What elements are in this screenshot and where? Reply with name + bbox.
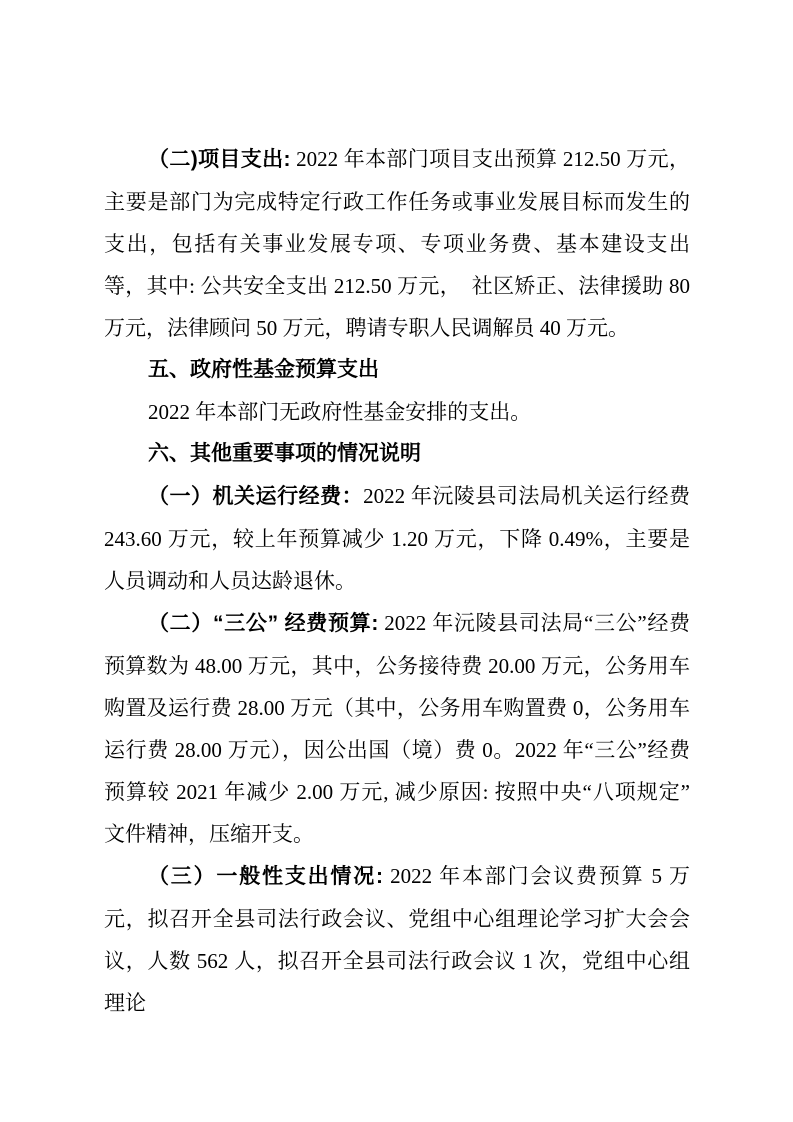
paragraph-general-lead: （三）一般性支出情况: <box>148 865 383 888</box>
paragraph-general-expenditure: （三）一般性支出情况: 2022 年本部门会议费预算 5 万元，拟召开全县司法行… <box>104 855 690 1024</box>
paragraph-operating-expense: （一）机关运行经费：2022 年沅陵县司法局机关运行经费 243.60 万元，较… <box>104 475 690 602</box>
paragraph-no-fund-expenditure: 2022 年本部门无政府性基金安排的支出。 <box>104 391 690 433</box>
paragraph-project-expenditure: （二)项目支出: 2022 年本部门项目支出预算 212.50 万元，主要是部门… <box>104 138 690 349</box>
heading-government-fund-budget: 五、政府性基金预算支出 <box>104 349 690 391</box>
paragraph-sangong-budget: （二）“三公” 经费预算: 2022 年沅陵县司法局“三公”经费预算数为 48.… <box>104 602 690 855</box>
document-content: （二)项目支出: 2022 年本部门项目支出预算 212.50 万元，主要是部门… <box>0 0 793 1024</box>
heading-other-important-matters: 六、其他重要事项的情况说明 <box>104 433 690 475</box>
paragraph-operating-lead: （一）机关运行经费： <box>148 485 363 508</box>
paragraph-sangong-text: 2022 年沅陵县司法局“三公”经费预算数为 48.00 万元，其中，公务接待费… <box>104 611 690 846</box>
paragraph-project-lead: （二)项目支出: <box>148 148 291 171</box>
document-page: （二)项目支出: 2022 年本部门项目支出预算 212.50 万元，主要是部门… <box>0 0 793 1122</box>
paragraph-project-text: 2022 年本部门项目支出预算 212.50 万元，主要是部门为完成特定行政工作… <box>104 147 690 340</box>
paragraph-sangong-lead: （二）“三公” 经费预算: <box>148 612 378 635</box>
